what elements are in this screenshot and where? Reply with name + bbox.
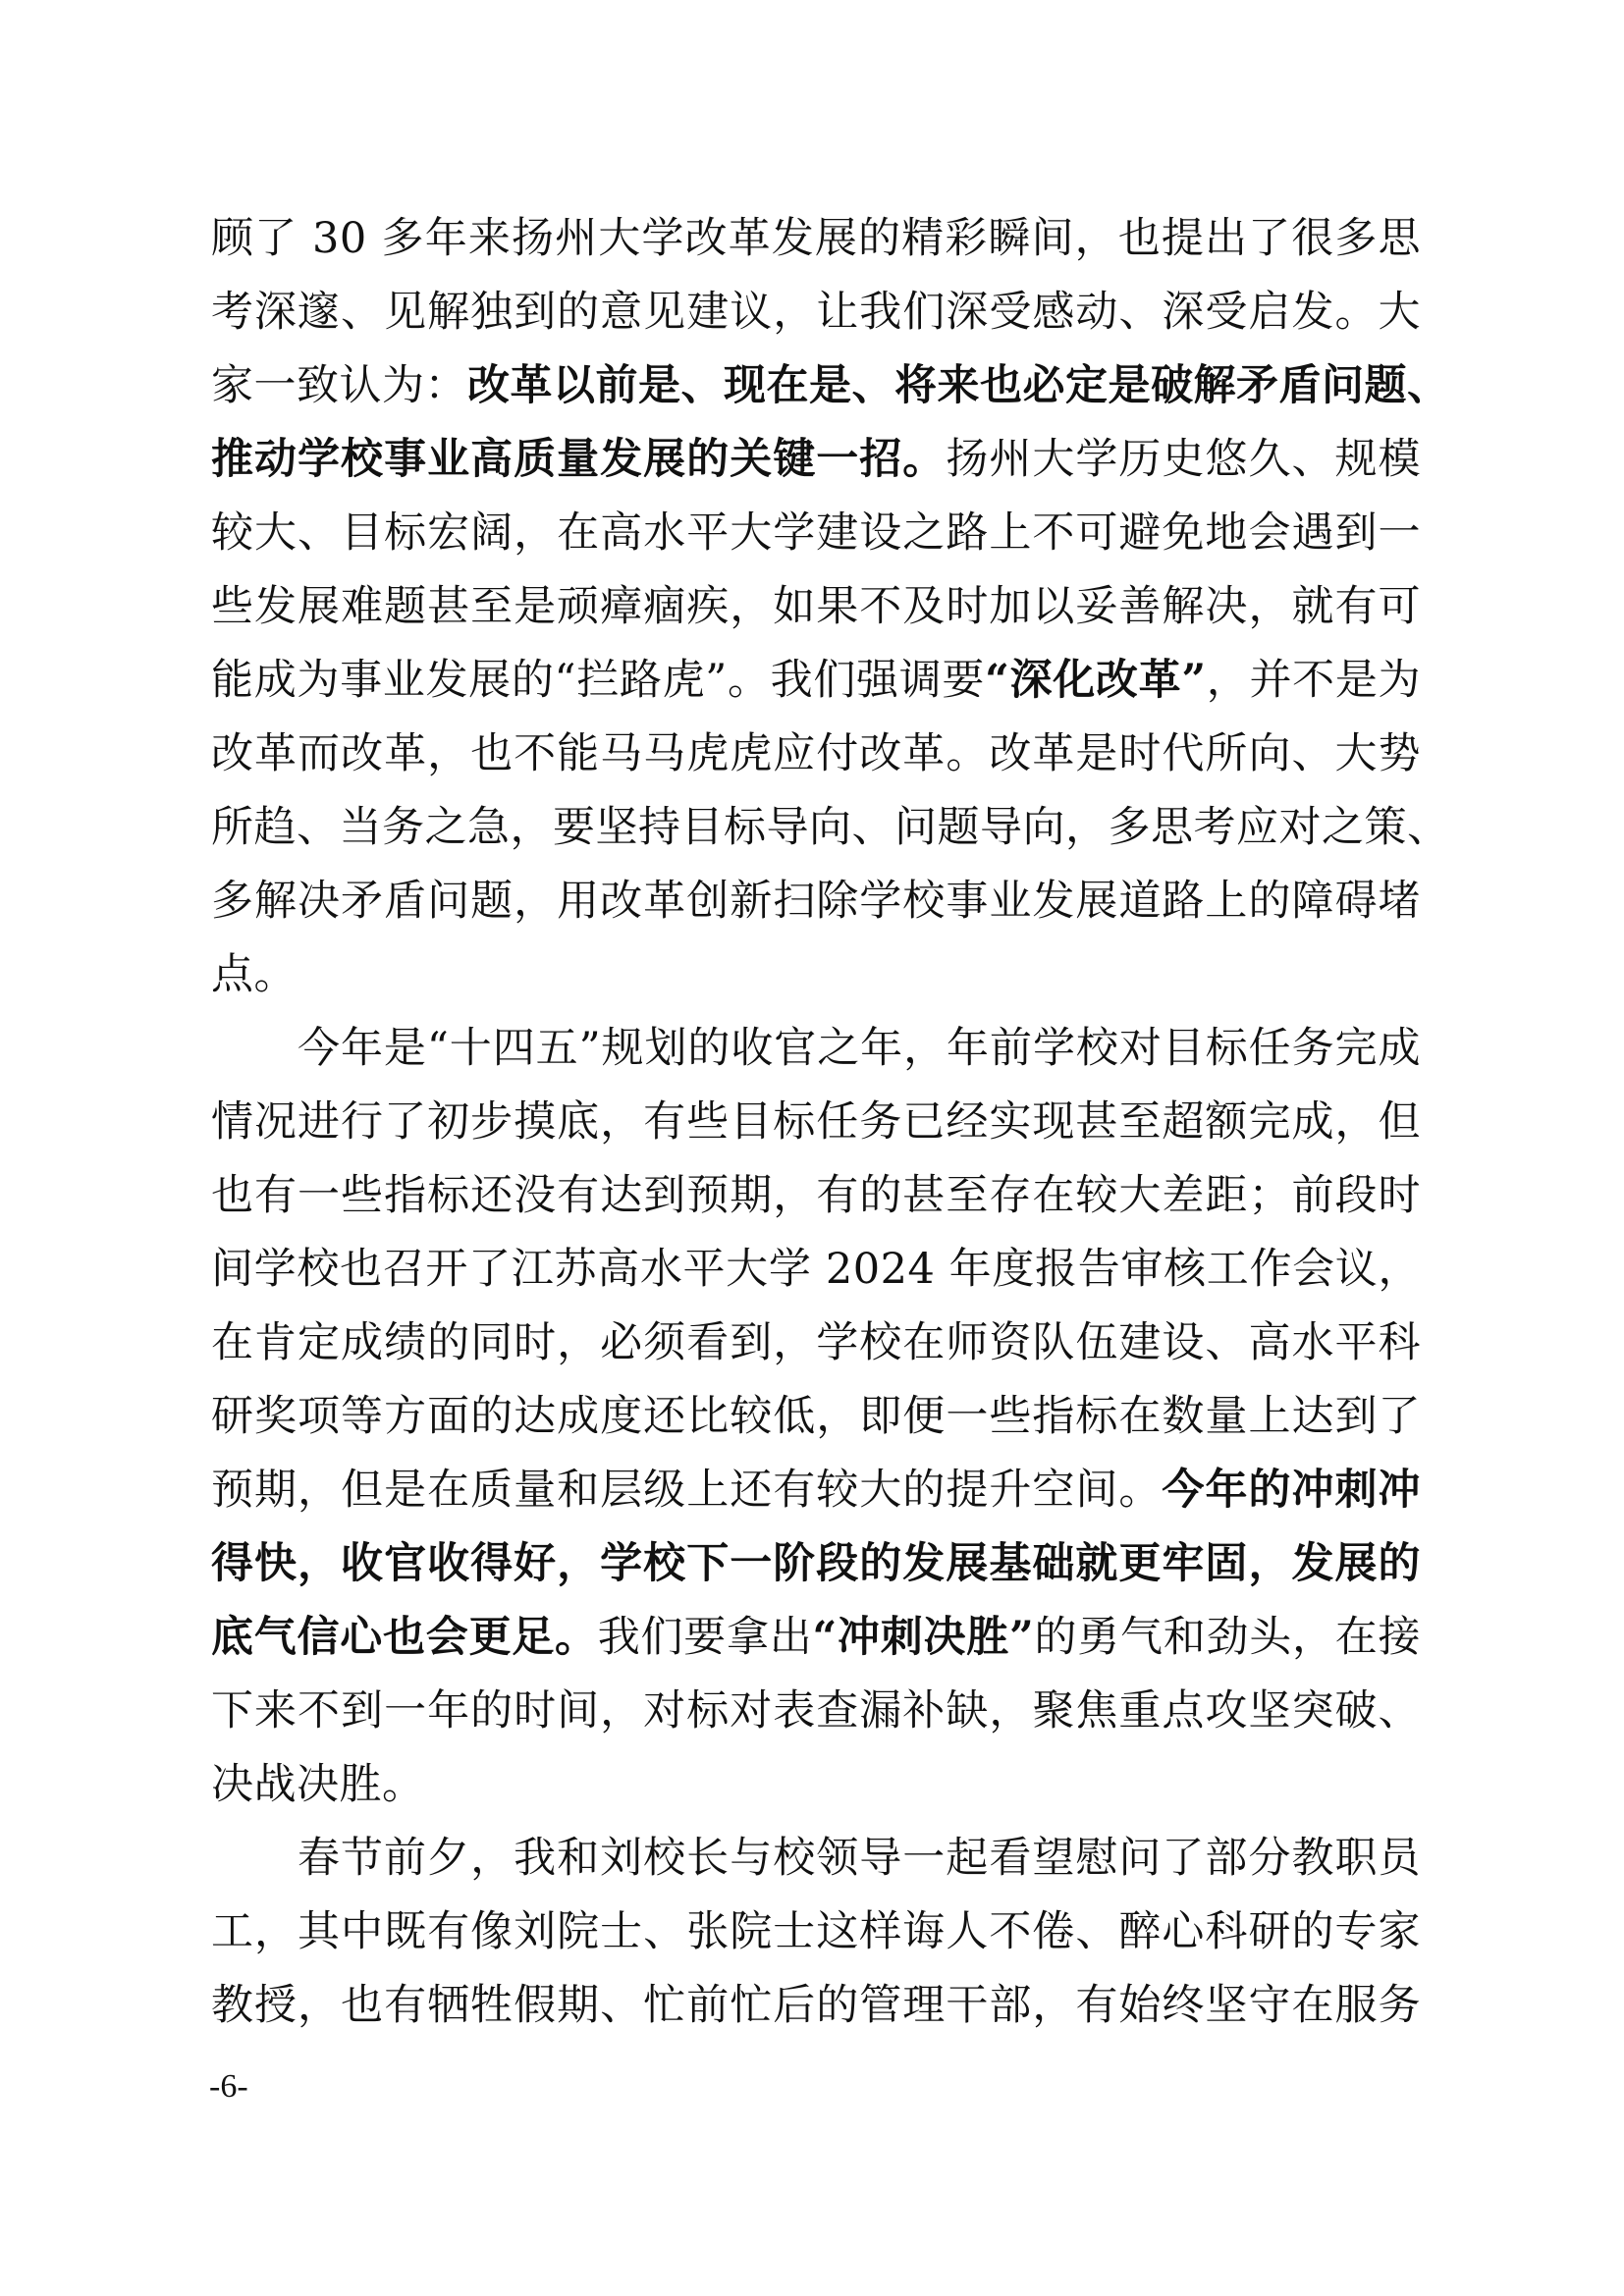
body-text-run: 些发展难题甚至是顽瘴痼疾，如果不及时加以妥善解决，就有可 (211, 582, 1421, 631)
text-line-content: 春节前夕，我和刘校长与校领导一起看望慰问了部分教职员 (298, 1822, 1421, 1896)
body-text-run: 较大、目标宏阔，在高水平大学建设之路上不可避免地会遇到一 (211, 508, 1421, 558)
text-line: 今年是“十四五”规划的收官之年，年前学校对目标任务完成 (211, 1012, 1421, 1086)
text-line-content: 所趋、当务之急，要坚持目标导向、问题导向，多思考应对之策、 (211, 791, 1421, 865)
emphasized-text: 得快，收官收得好，学校下一阶段的发展基础就更牢固，发展的 (211, 1539, 1421, 1588)
text-line-content: 在肯定成绩的同时，必须看到，学校在师资队伍建设、高水平科 (211, 1307, 1421, 1380)
text-line: 些发展难题甚至是顽瘴痼疾，如果不及时加以妥善解决，就有可 (211, 570, 1421, 644)
document-page: 顾了 30 多年来扬州大学改革发展的精彩瞬间，也提出了很多思考深邃、见解独到的意… (0, 0, 1624, 2296)
text-line: 工，其中既有像刘院士、张院士这样诲人不倦、醉心科研的专家 (211, 1896, 1421, 1969)
text-line-content: 教授，也有牺牲假期、忙前忙后的管理干部，有始终坚守在服务 (211, 1969, 1421, 2043)
text-line: 也有一些指标还没有达到预期，有的甚至存在较大差距；前段时 (211, 1159, 1421, 1233)
text-line: 研奖项等方面的达成度还比较低，即便一些指标在数量上达到了 (211, 1380, 1421, 1454)
text-line-content: 多解决矛盾问题，用改革创新扫除学校事业发展道路上的障碍堵 (211, 865, 1421, 938)
text-line: 教授，也有牺牲假期、忙前忙后的管理干部，有始终坚守在服务 (211, 1969, 1421, 2043)
text-line: 所趋、当务之急，要坚持目标导向、问题导向，多思考应对之策、 (211, 791, 1421, 865)
emphasized-text: 改革以前是、现在是、将来也必定是破解矛盾问题、 (467, 361, 1450, 410)
text-line-content: 较大、目标宏阔，在高水平大学建设之路上不可避免地会遇到一 (211, 497, 1421, 570)
body-text-run: 顾了 30 多年来扬州大学改革发展的精彩瞬间，也提出了很多思 (211, 214, 1421, 263)
text-line: 能成为事业发展的“拦路虎”。我们强调要“深化改革”，并不是为 (211, 644, 1421, 718)
body-text-run: 改革而改革，也不能马马虎虎应付改革。改革是时代所向、大势 (211, 729, 1421, 778)
page-number: -6- (209, 2067, 248, 2107)
text-line: 点。 (211, 938, 1421, 1012)
text-line-content: 决战决胜。 (211, 1748, 1421, 1822)
text-line: 得快，收官收得好，学校下一阶段的发展基础就更牢固，发展的 (211, 1527, 1421, 1601)
text-line: 决战决胜。 (211, 1748, 1421, 1822)
body-text-run: 春节前夕，我和刘校长与校领导一起看望慰问了部分教职员 (298, 1834, 1421, 1883)
body-text-run: 决战决胜。 (211, 1760, 425, 1809)
text-line: 春节前夕，我和刘校长与校领导一起看望慰问了部分教职员 (211, 1822, 1421, 1896)
text-line: 改革而改革，也不能马马虎虎应付改革。改革是时代所向、大势 (211, 718, 1421, 791)
body-text-run: 能成为事业发展的“拦路虎”。我们强调要 (211, 656, 985, 705)
body-text-run: ，并不是为 (1207, 656, 1421, 705)
body-text-run: 的勇气和劲头，在接 (1034, 1613, 1421, 1662)
body-text-run: 情况进行了初步摸底，有些目标任务已经实现甚至超额完成，但 (211, 1097, 1421, 1147)
body-text-run: 教授，也有牺牲假期、忙前忙后的管理干部，有始终坚守在服务 (211, 1981, 1421, 2030)
text-line-content: 点。 (211, 938, 1421, 1012)
text-line-content: 能成为事业发展的“拦路虎”。我们强调要“深化改革”，并不是为 (211, 644, 1421, 718)
text-line-content: 底气信心也会更足。我们要拿出“冲刺决胜”的勇气和劲头，在接 (211, 1601, 1421, 1675)
body-text-run: 在肯定成绩的同时，必须看到，学校在师资队伍建设、高水平科 (211, 1318, 1421, 1367)
text-line-content: 工，其中既有像刘院士、张院士这样诲人不倦、醉心科研的专家 (211, 1896, 1421, 1969)
text-line-content: 间学校也召开了江苏高水平大学 2024 年度报告审核工作会议， (211, 1233, 1421, 1307)
emphasized-text: “冲刺决胜” (813, 1613, 1035, 1662)
body-text-run: 今年是“十四五”规划的收官之年，年前学校对目标任务完成 (298, 1024, 1421, 1073)
text-line-content: 家一致认为：改革以前是、现在是、将来也必定是破解矛盾问题、 (211, 349, 1421, 423)
emphasized-text: “深化改革” (985, 656, 1206, 705)
text-line: 下来不到一年的时间，对标对表查漏补缺，聚焦重点攻坚突破、 (211, 1675, 1421, 1748)
body-text-run: 下来不到一年的时间，对标对表查漏补缺，聚焦重点攻坚突破、 (211, 1686, 1421, 1735)
body-text-run: 多解决矛盾问题，用改革创新扫除学校事业发展道路上的障碍堵 (211, 877, 1421, 926)
body-text-run: 点。 (211, 950, 297, 999)
emphasized-text: 底气信心也会更足。 (211, 1613, 598, 1662)
body-text-run: 间学校也召开了江苏高水平大学 2024 年度报告审核工作会议， (211, 1245, 1421, 1294)
text-line-content: 今年是“十四五”规划的收官之年，年前学校对目标任务完成 (298, 1012, 1421, 1086)
body-text-run: 所趋、当务之急，要坚持目标导向、问题导向，多思考应对之策、 (211, 803, 1450, 852)
emphasized-text: 推动学校事业高质量发展的关键一招。 (211, 435, 946, 484)
body-text-run: 也有一些指标还没有达到预期，有的甚至存在较大差距；前段时 (211, 1171, 1421, 1220)
text-line-content: 考深邃、见解独到的意见建议，让我们深受感动、深受启发。大 (211, 276, 1421, 349)
body-text-run: 预期，但是在质量和层级上还有较大的提升空间。 (211, 1466, 1162, 1515)
emphasized-text: 今年的冲刺冲 (1162, 1466, 1421, 1515)
text-line-content: 下来不到一年的时间，对标对表查漏补缺，聚焦重点攻坚突破、 (211, 1675, 1421, 1748)
text-line-content: 推动学校事业高质量发展的关键一招。扬州大学历史悠久、规模 (211, 423, 1421, 497)
text-line: 情况进行了初步摸底，有些目标任务已经实现甚至超额完成，但 (211, 1086, 1421, 1159)
text-line: 家一致认为：改革以前是、现在是、将来也必定是破解矛盾问题、 (211, 349, 1421, 423)
text-line-content: 顾了 30 多年来扬州大学改革发展的精彩瞬间，也提出了很多思 (211, 202, 1421, 276)
text-line: 顾了 30 多年来扬州大学改革发展的精彩瞬间，也提出了很多思 (211, 202, 1421, 276)
body-text-run: 研奖项等方面的达成度还比较低，即便一些指标在数量上达到了 (211, 1392, 1421, 1441)
text-line-content: 预期，但是在质量和层级上还有较大的提升空间。今年的冲刺冲 (211, 1454, 1421, 1527)
text-line: 多解决矛盾问题，用改革创新扫除学校事业发展道路上的障碍堵 (211, 865, 1421, 938)
text-line: 考深邃、见解独到的意见建议，让我们深受感动、深受启发。大 (211, 276, 1421, 349)
text-line-content: 研奖项等方面的达成度还比较低，即便一些指标在数量上达到了 (211, 1380, 1421, 1454)
body-text: 顾了 30 多年来扬州大学改革发展的精彩瞬间，也提出了很多思考深邃、见解独到的意… (211, 202, 1421, 2043)
text-line: 在肯定成绩的同时，必须看到，学校在师资队伍建设、高水平科 (211, 1307, 1421, 1380)
text-line: 底气信心也会更足。我们要拿出“冲刺决胜”的勇气和劲头，在接 (211, 1601, 1421, 1675)
text-line-content: 也有一些指标还没有达到预期，有的甚至存在较大差距；前段时 (211, 1159, 1421, 1233)
text-line-content: 情况进行了初步摸底，有些目标任务已经实现甚至超额完成，但 (211, 1086, 1421, 1159)
text-line-content: 改革而改革，也不能马马虎虎应付改革。改革是时代所向、大势 (211, 718, 1421, 791)
text-line: 较大、目标宏阔，在高水平大学建设之路上不可避免地会遇到一 (211, 497, 1421, 570)
body-text-run: 工，其中既有像刘院士、张院士这样诲人不倦、醉心科研的专家 (211, 1907, 1421, 1956)
text-line-content: 得快，收官收得好，学校下一阶段的发展基础就更牢固，发展的 (211, 1527, 1421, 1601)
text-line-content: 些发展难题甚至是顽瘴痼疾，如果不及时加以妥善解决，就有可 (211, 570, 1421, 644)
body-text-run: 考深邃、见解独到的意见建议，让我们深受感动、深受启发。大 (211, 288, 1421, 337)
body-text-run: 我们要拿出 (598, 1613, 813, 1662)
text-line: 间学校也召开了江苏高水平大学 2024 年度报告审核工作会议， (211, 1233, 1421, 1307)
body-text-run: 扬州大学历史悠久、规模 (946, 435, 1421, 484)
body-text-run: 家一致认为： (211, 361, 467, 410)
text-line: 预期，但是在质量和层级上还有较大的提升空间。今年的冲刺冲 (211, 1454, 1421, 1527)
text-line: 推动学校事业高质量发展的关键一招。扬州大学历史悠久、规模 (211, 423, 1421, 497)
